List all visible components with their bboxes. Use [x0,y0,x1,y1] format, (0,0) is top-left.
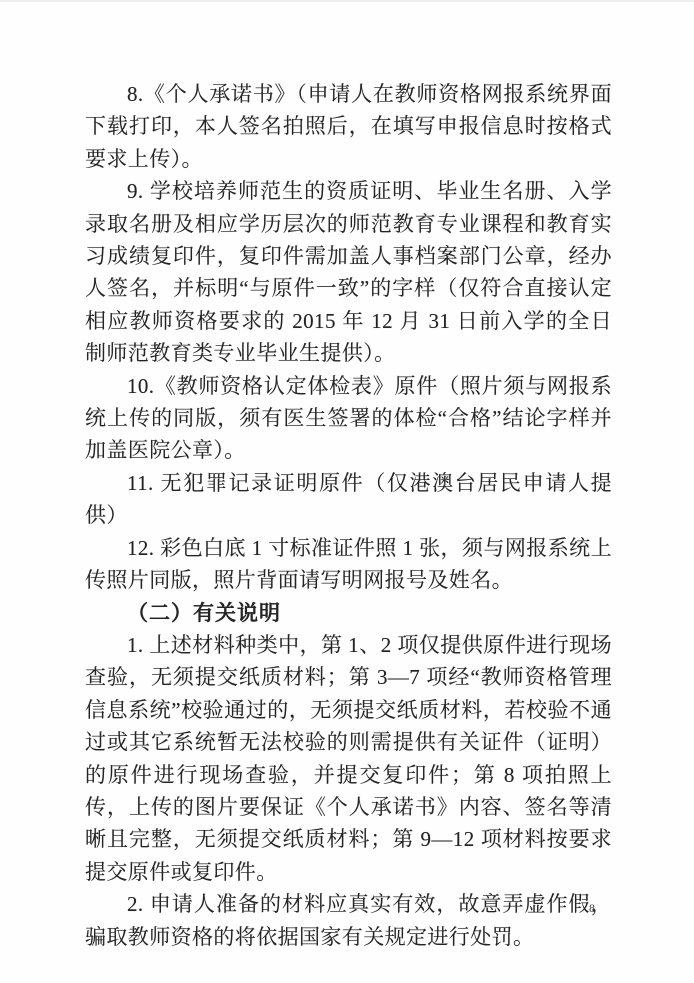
material-item-12: 12. 彩色白底 1 寸标准证件照 1 张，须与网报系统上传照片同版，照片背面请… [85,532,612,597]
note-item-2: 2. 申请人准备的材料应真实有效，故意弄虚作假，骗取教师资格的将依据国家有关规定… [85,888,612,953]
material-item-9: 9. 学校培养师范生的资质证明、毕业生名册、入学录取名册及相应学历层次的师范教育… [85,175,612,369]
note-item-1: 1. 上述材料种类中，第 1、2 项仅提供原件进行现场查验，无须提交纸质材料；第… [85,629,612,888]
document-body: 8.《个人承诺书》（申请人在教师资格网报系统界面下载打印，本人签名拍照后，在填写… [85,78,612,953]
material-item-11: 11. 无犯罪记录证明原件（仅港澳台居民申请人提供） [85,467,612,532]
page-number: 8 [589,901,595,916]
section-heading: （二）有关说明 [85,597,612,629]
material-item-10: 10.《教师资格认定体检表》原件（照片须与网报系统上传的同版，须有医生签署的体检… [85,370,612,467]
scan-edge-artifact [0,0,694,2]
material-item-8: 8.《个人承诺书》（申请人在教师资格网报系统界面下载打印，本人签名拍照后，在填写… [85,78,612,175]
scanned-document-page: 8.《个人承诺书》（申请人在教师资格网报系统界面下载打印，本人签名拍照后，在填写… [0,0,694,983]
